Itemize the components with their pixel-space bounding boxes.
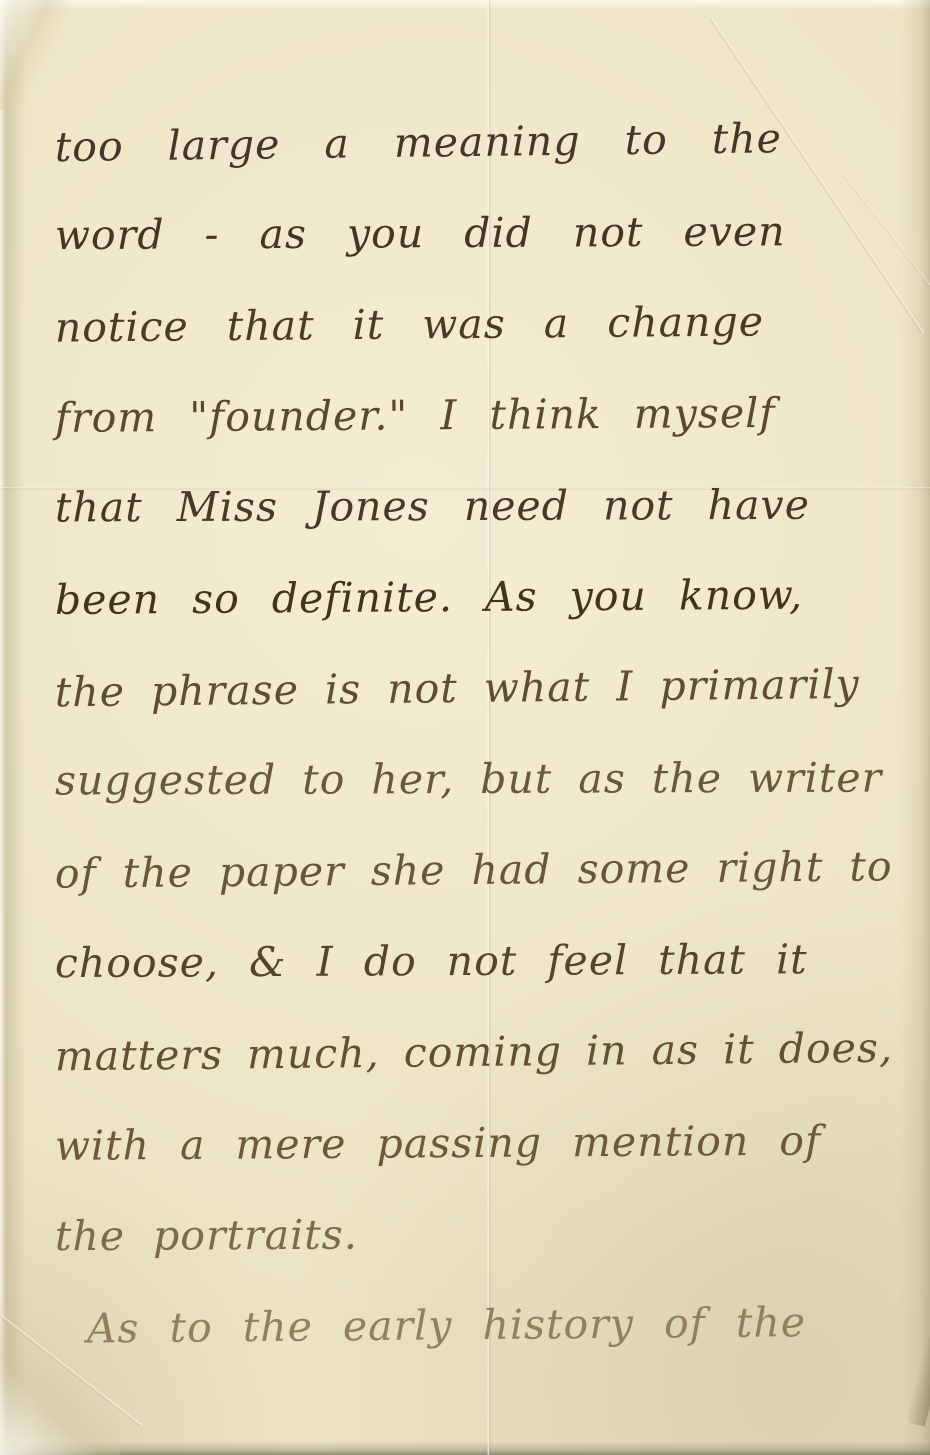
letter-line: of the paper she had some right to <box>55 842 886 940</box>
letter-line: with a mere passing mention of <box>55 1116 886 1213</box>
letter-line: notice that it was a change <box>55 296 886 394</box>
letter-line: the portraits. <box>55 1208 885 1303</box>
letter-line: As to the early history of the <box>87 1298 886 1396</box>
letter-line: that Miss Jones need not have <box>55 481 885 575</box>
letter-line: the phrase is not what I primarily <box>55 660 886 760</box>
letter-line: choose, & I do not feel that it <box>55 935 885 1030</box>
torn-corner-top-left <box>0 0 70 110</box>
letter-line: word - as you did not even <box>55 207 885 302</box>
letter-line: been so definite. As you know, <box>55 570 886 667</box>
letter-line: from "founder." I think myself <box>55 388 886 485</box>
nick-bottom-right-edge <box>899 1333 930 1427</box>
letter-line: matters much, coming in as it does, <box>55 1024 886 1124</box>
letter-line: too large a meaning to the <box>54 113 885 214</box>
handwritten-text-block: too large a meaning to the word - as you… <box>55 118 885 1392</box>
letter-line: suggested to her, but as the writer <box>55 754 885 848</box>
letter-page: too large a meaning to the word - as you… <box>0 0 930 1455</box>
